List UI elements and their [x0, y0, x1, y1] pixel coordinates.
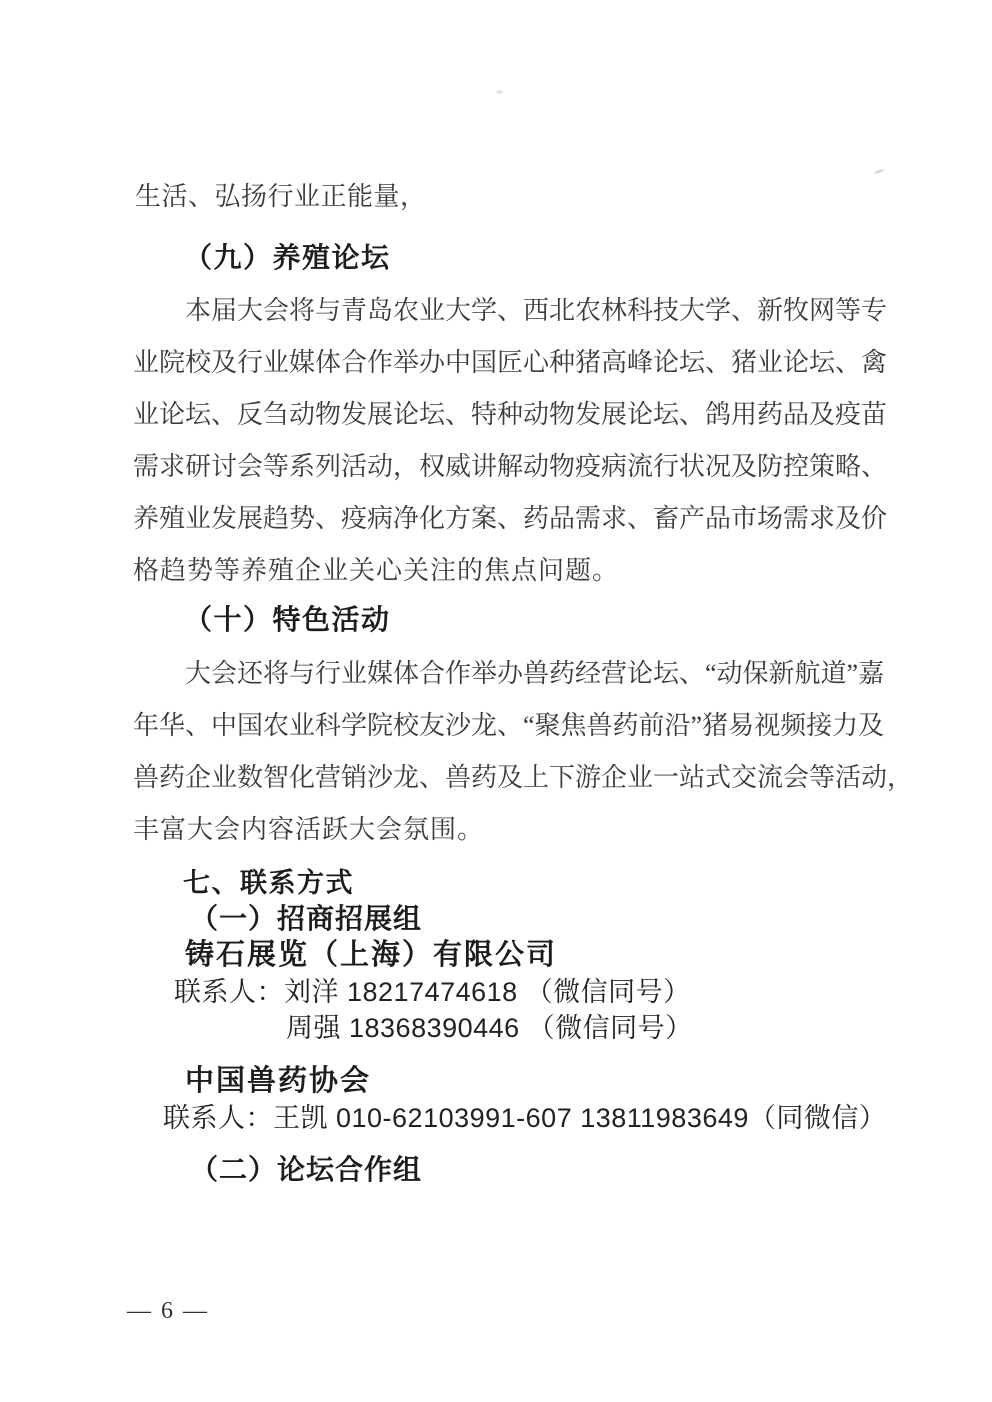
text-line: 需求研讨会等系列活动，权威讲解动物疫病流行状况及防控策略、	[133, 441, 860, 493]
contact-group-2-heading: （二）论坛合作组	[190, 1148, 422, 1188]
text-line: 本届大会将与青岛农业大学、西北农林科技大学、新牧网等专	[133, 285, 860, 337]
scan-artifact	[496, 90, 503, 94]
section-10-heading: （十）特色活动	[184, 598, 391, 638]
text-line: 格趋势等养殖企业关心关注的焦点问题。	[133, 545, 860, 597]
company-name-zhushi: 铸石展览（上海）有限公司	[185, 932, 557, 973]
scan-artifact	[874, 168, 884, 174]
contact-group-1-heading: （一）招商招展组	[190, 897, 422, 937]
contact-section-heading: 七、联系方式	[183, 861, 354, 900]
company-name-cvda: 中国兽药协会	[185, 1058, 371, 1099]
text-line: 大会还将与行业媒体合作举办兽药经营论坛、“动保新航道”嘉	[133, 648, 860, 700]
contact-person-wangkai: 联系人：王凯 010-62103991-607 13811983649（同微信）	[163, 1096, 886, 1135]
text-line: 业论坛、反刍动物发展论坛、特种动物发展论坛、鸽用药品及疫苗	[133, 389, 860, 441]
section-9-heading: （九）养殖论坛	[184, 236, 391, 276]
text-line: 丰富大会内容活跃大会氛围。	[133, 804, 860, 856]
contact-person-zhouqiang: 周强 18368390446 （微信同号）	[286, 1006, 693, 1045]
section-9-paragraph: 本届大会将与青岛农业大学、西北农林科技大学、新牧网等专 业院校及行业媒体合作举办…	[133, 285, 860, 597]
document-page: 生活、弘扬行业正能量， （九）养殖论坛 本届大会将与青岛农业大学、西北农林科技大…	[0, 0, 992, 1402]
text-line: 兽药企业数智化营销沙龙、兽药及上下游企业一站式交流会等活动，	[133, 752, 860, 804]
contact-person-liuyang: 联系人：刘洋 18217474618 （微信同号）	[174, 970, 691, 1009]
text-line: 养殖业发展趋势、疫病净化方案、药品需求、畜产品市场需求及价	[133, 493, 860, 545]
text-line: 业院校及行业媒体合作举办中国匠心种猪高峰论坛、猪业论坛、禽	[133, 337, 860, 389]
paragraph-continuation-line: 生活、弘扬行业正能量，	[135, 176, 427, 213]
text-line: 年华、中国农业科学院校友沙龙、“聚焦兽药前沿”猪易视频接力及	[133, 700, 860, 752]
section-10-paragraph: 大会还将与行业媒体合作举办兽药经营论坛、“动保新航道”嘉 年华、中国农业科学院校…	[133, 648, 860, 856]
page-number: — 6 —	[127, 1298, 209, 1325]
